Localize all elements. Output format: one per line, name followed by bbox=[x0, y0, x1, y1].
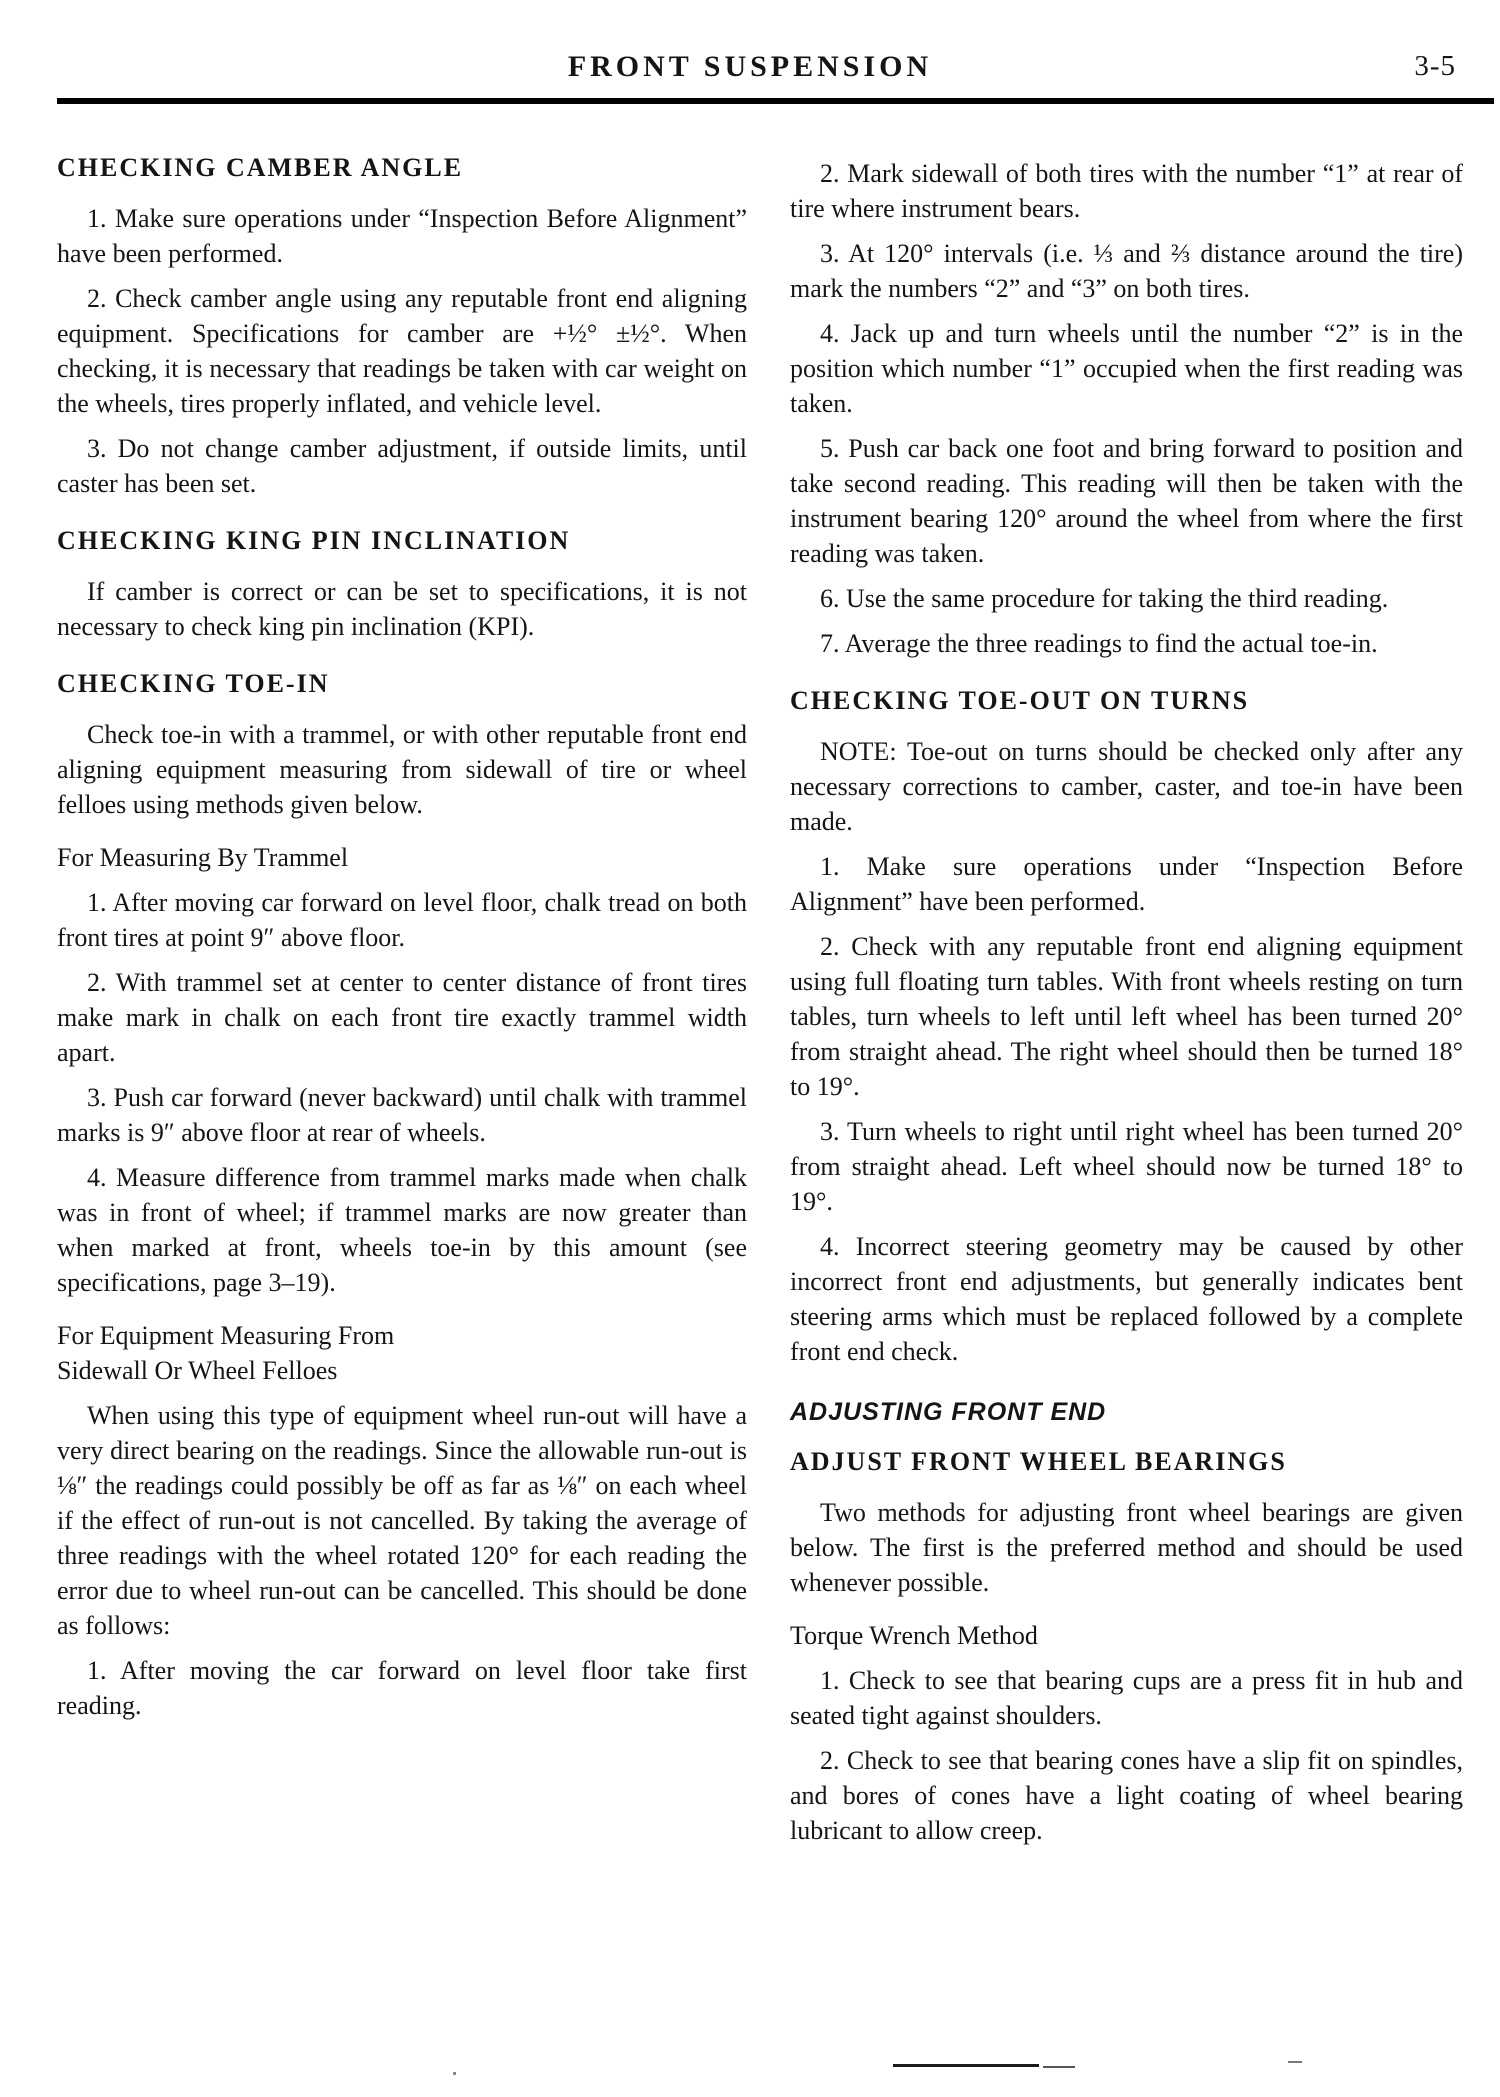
trammel-step-2: 2. With trammel set at center to center … bbox=[57, 965, 747, 1070]
trammel-step-3: 3. Push car forward (never backward) unt… bbox=[57, 1080, 747, 1150]
heading-adjust-front-wheel-bearings: ADJUST FRONT WHEEL BEARINGS bbox=[790, 1444, 1463, 1479]
trammel-step-4: 4. Measure difference from trammel marks… bbox=[57, 1160, 747, 1300]
toe-out-step-2: 2. Check with any reputable front end al… bbox=[790, 929, 1463, 1104]
toe-out-step-1: 1. Make sure operations under “Inspectio… bbox=[790, 849, 1463, 919]
subheading-equipment-measuring-sidewall: For Equipment Measuring From Sidewall Or… bbox=[57, 1318, 747, 1388]
torque-step-1: 1. Check to see that bearing cups are a … bbox=[790, 1663, 1463, 1733]
trammel-step-1: 1. After moving car forward on level flo… bbox=[57, 885, 747, 955]
toe-out-step-4: 4. Incorrect steering geometry may be ca… bbox=[790, 1229, 1463, 1369]
torque-step-2: 2. Check to see that bearing cones have … bbox=[790, 1743, 1463, 1848]
heading-checking-camber-angle: CHECKING CAMBER ANGLE bbox=[57, 150, 747, 185]
toe-in-intro-paragraph: Check toe-in with a trammel, or with oth… bbox=[57, 717, 747, 822]
right-column: 2. Mark sidewall of both tires with the … bbox=[790, 138, 1463, 1858]
toe-out-note: NOTE: Toe-out on turns should be checked… bbox=[790, 734, 1463, 839]
camber-step-2: 2. Check camber angle using any reputabl… bbox=[57, 281, 747, 421]
toe-in-step-6: 6. Use the same procedure for taking the… bbox=[790, 581, 1463, 616]
heading-checking-toe-out-on-turns: CHECKING TOE-OUT ON TURNS bbox=[790, 683, 1463, 718]
toe-in-step-5: 5. Push car back one foot and bring forw… bbox=[790, 431, 1463, 571]
subheading-measuring-by-trammel: For Measuring By Trammel bbox=[57, 840, 747, 875]
heading-checking-king-pin-inclination: CHECKING KING PIN INCLINATION bbox=[57, 523, 747, 558]
scan-artifact-dot bbox=[453, 2072, 456, 2075]
camber-step-3: 3. Do not change camber adjustment, if o… bbox=[57, 431, 747, 501]
header-rule bbox=[57, 98, 1494, 104]
heading-checking-toe-in: CHECKING TOE-IN bbox=[57, 666, 747, 701]
camber-step-1: 1. Make sure operations under “Inspectio… bbox=[57, 201, 747, 271]
page-number: 3-5 bbox=[1414, 50, 1456, 83]
toe-in-step-2: 2. Mark sidewall of both tires with the … bbox=[790, 156, 1463, 226]
toe-in-step-7: 7. Average the three readings to find th… bbox=[790, 626, 1463, 661]
toe-in-step-4: 4. Jack up and turn wheels until the num… bbox=[790, 316, 1463, 421]
toe-in-step-3: 3. At 120° intervals (i.e. ⅓ and ⅔ dista… bbox=[790, 236, 1463, 306]
left-column: CHECKING CAMBER ANGLE 1. Make sure opera… bbox=[57, 138, 747, 1733]
sidewall-step-1: 1. After moving the car forward on level… bbox=[57, 1653, 747, 1723]
run-out-paragraph: When using this type of equipment wheel … bbox=[57, 1398, 747, 1643]
bearings-intro-paragraph: Two methods for adjusting front wheel be… bbox=[790, 1495, 1463, 1600]
heading-adjusting-front-end: ADJUSTING FRONT END bbox=[790, 1395, 1463, 1430]
scan-artifact-dash bbox=[1043, 2066, 1075, 2068]
scan-artifact-tick bbox=[1288, 2061, 1302, 2063]
page-title: FRONT SUSPENSION bbox=[0, 50, 1500, 84]
subheading-torque-wrench-method: Torque Wrench Method bbox=[790, 1618, 1463, 1653]
scan-artifact-rule bbox=[893, 2064, 1039, 2067]
toe-out-step-3: 3. Turn wheels to right until right whee… bbox=[790, 1114, 1463, 1219]
king-pin-paragraph: If camber is correct or can be set to sp… bbox=[57, 574, 747, 644]
